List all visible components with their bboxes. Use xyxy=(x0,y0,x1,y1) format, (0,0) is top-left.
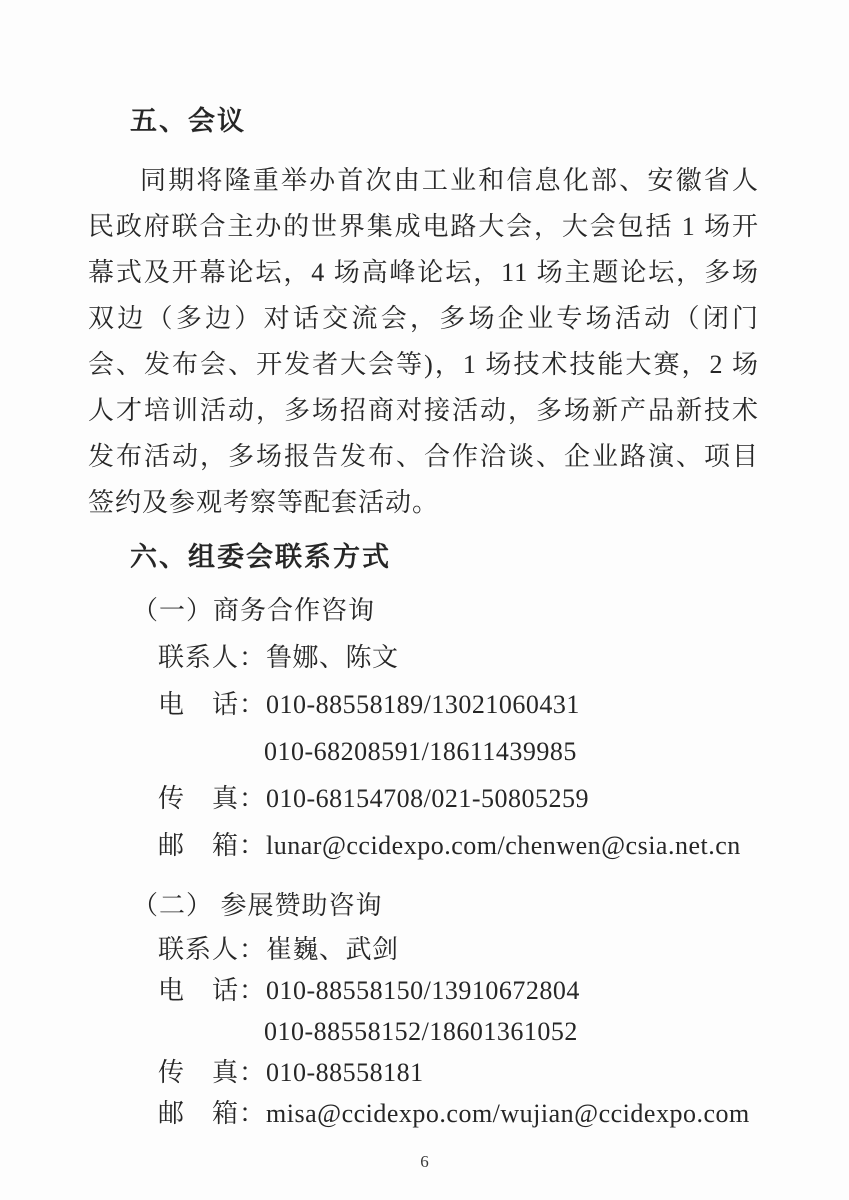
fax-row: 传 真：010-68154708/021-50805259 xyxy=(158,775,759,822)
contact-person-row: 联系人：鲁娜、陈文 xyxy=(158,634,759,681)
subsection-title-sponsor: （二） 参展赞助咨询 xyxy=(132,883,759,929)
contact-group-business: （一）商务合作咨询 联系人：鲁娜、陈文 电 话：010-88558189/130… xyxy=(88,588,759,869)
row-label: 邮 箱： xyxy=(158,1099,266,1128)
row-label: 邮 箱： xyxy=(158,831,266,860)
phone-continuation-row: 010-68208591/18611439985 xyxy=(264,728,759,775)
row-value: 010-88558181 xyxy=(266,1058,424,1087)
contact-person-row: 联系人：崔巍、武剑 xyxy=(158,929,759,970)
fax-row: 传 真：010-88558181 xyxy=(158,1052,759,1093)
email-row: 邮 箱：misa@ccidexpo.com/wujian@ccidexpo.co… xyxy=(158,1093,759,1134)
row-label: 传 真： xyxy=(158,1058,266,1087)
row-value: 010-88558152/18601361052 xyxy=(264,1017,578,1046)
email-row: 邮 箱：lunar@ccidexpo.com/chenwen@csia.net.… xyxy=(158,822,759,869)
phone-continuation-row: 010-88558152/18601361052 xyxy=(264,1011,759,1052)
page-content: 五、会议 同期将隆重举办首次由工业和信息化部、安徽省人民政府联合主办的世界集成电… xyxy=(0,0,849,1134)
row-value: misa@ccidexpo.com/wujian@ccidexpo.com xyxy=(266,1099,750,1128)
row-label: 电 话： xyxy=(158,976,266,1005)
page-number: 6 xyxy=(0,1152,849,1172)
phone-row: 电 话：010-88558150/13910672804 xyxy=(158,970,759,1011)
row-value: 010-68154708/021-50805259 xyxy=(266,784,589,813)
row-label: 电 话： xyxy=(158,690,266,719)
section-heading-conference: 五、会议 xyxy=(130,104,759,138)
row-label: 传 真： xyxy=(158,784,266,813)
conference-paragraph: 同期将隆重举办首次由工业和信息化部、安徽省人民政府联合主办的世界集成电路大会，大… xyxy=(88,158,759,526)
section-heading-contacts: 六、组委会联系方式 xyxy=(130,540,759,574)
row-value: lunar@ccidexpo.com/chenwen@csia.net.cn xyxy=(266,831,741,860)
contact-group-sponsor: （二） 参展赞助咨询 联系人：崔巍、武剑 电 话：010-88558150/13… xyxy=(88,883,759,1134)
row-value: 010-88558189/13021060431 xyxy=(266,690,580,719)
row-value: 010-88558150/13910672804 xyxy=(266,976,580,1005)
row-value: 崔巍、武剑 xyxy=(266,935,399,964)
row-label: 联系人： xyxy=(158,643,266,672)
row-value: 鲁娜、陈文 xyxy=(266,643,399,672)
phone-row: 电 话：010-88558189/13021060431 xyxy=(158,681,759,728)
document-page: 五、会议 同期将隆重举办首次由工业和信息化部、安徽省人民政府联合主办的世界集成电… xyxy=(0,0,849,1200)
row-label: 联系人： xyxy=(158,935,266,964)
subsection-title-business: （一）商务合作咨询 xyxy=(132,588,759,634)
row-value: 010-68208591/18611439985 xyxy=(264,737,577,766)
